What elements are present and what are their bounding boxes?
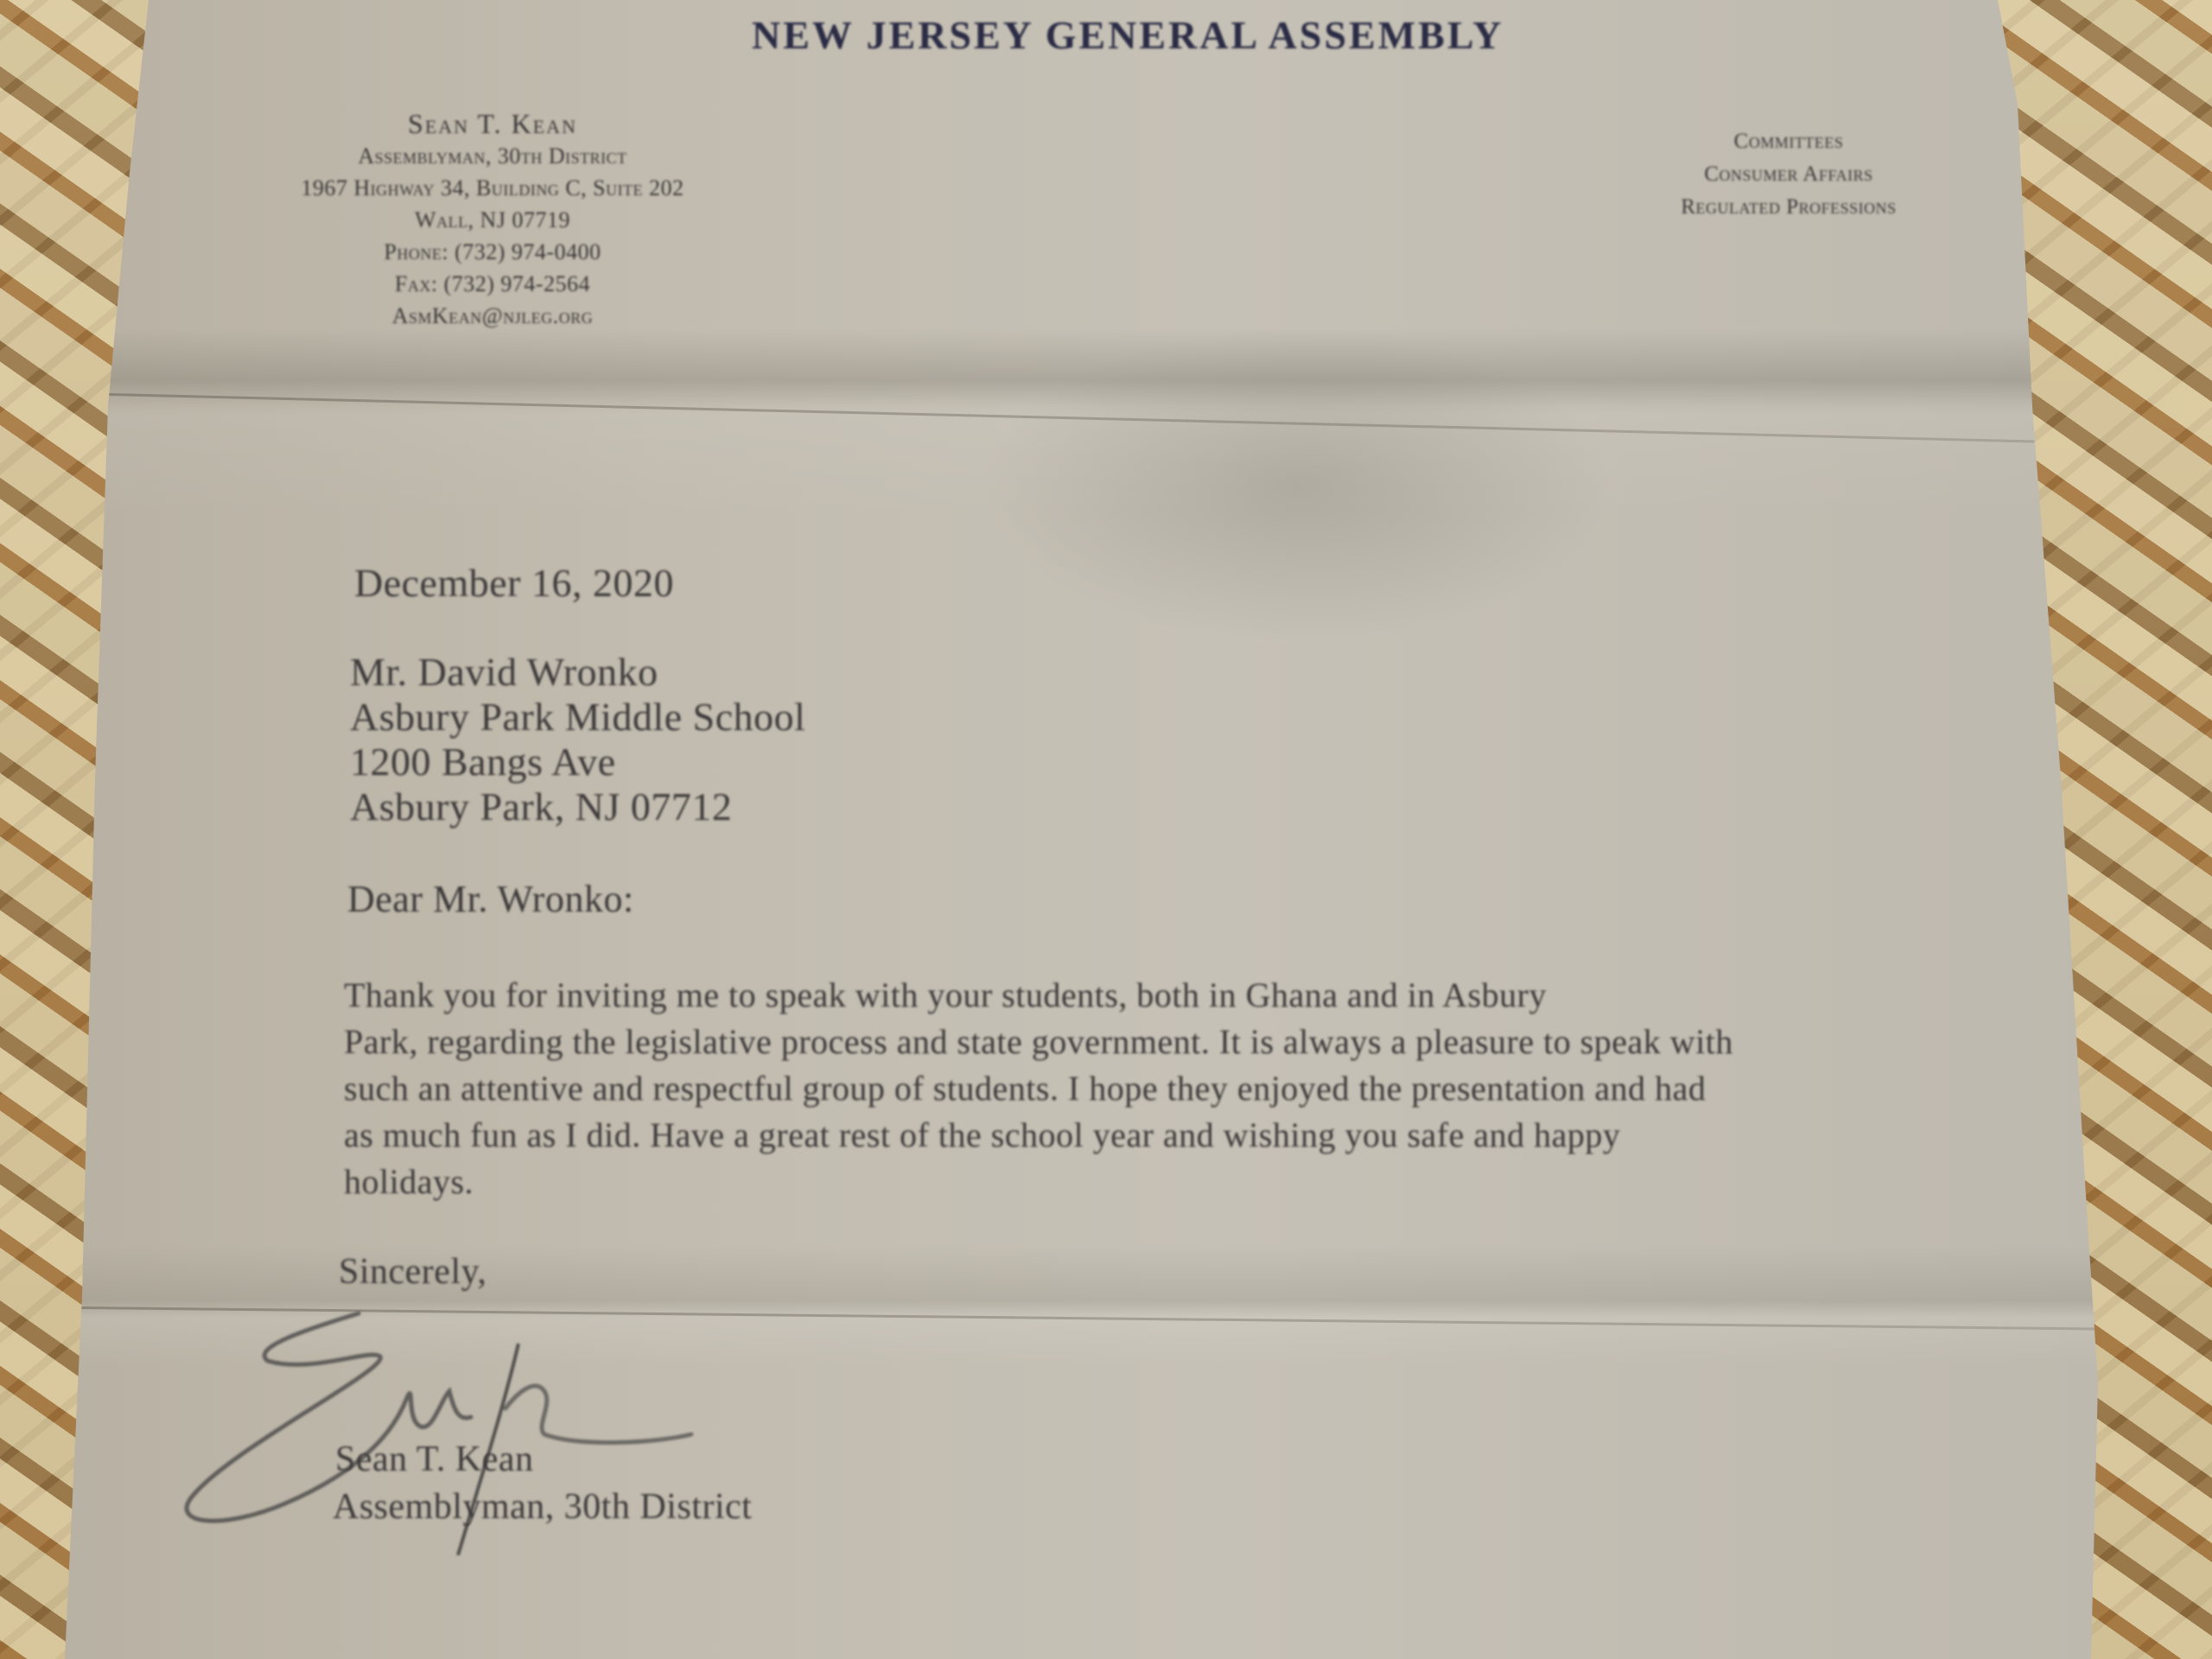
body-line: as much fun as I did. Have a great rest …	[344, 1112, 1899, 1159]
recipient-organization: Asbury Park Middle School	[350, 695, 805, 740]
body-line: such an attentive and respectful group o…	[344, 1065, 1899, 1112]
sender-phone: Phone: (732) 974-0400	[225, 236, 760, 268]
letterhead-title: NEW JERSEY GENERAL ASSEMBLY	[752, 12, 1504, 58]
committees-block: Committees Consumer Affairs Regulated Pr…	[1624, 125, 1953, 224]
salutation: Dear Mr. Wronko:	[347, 877, 634, 921]
letter-date: December 16, 2020	[354, 560, 674, 606]
sender-letterhead-block: Sean T. Kean Assemblyman, 30th District …	[225, 108, 760, 332]
committee-item: Regulated Professions	[1624, 191, 1953, 224]
letter-paper: NEW JERSEY GENERAL ASSEMBLY Sean T. Kean…	[0, 0, 2212, 1659]
sender-position: Assemblyman, 30th District	[225, 140, 760, 172]
sender-email: AsmKean@njleg.org	[225, 300, 760, 332]
signatory-name: Sean T. Kean	[335, 1439, 534, 1480]
body-line: Thank you for inviting me to speak with …	[344, 972, 1899, 1019]
body-line: holidays.	[344, 1159, 1899, 1205]
letter-body: Thank you for inviting me to speak with …	[344, 972, 1899, 1205]
sender-street: 1967 Highway 34, Building C, Suite 202	[225, 172, 760, 204]
recipient-street: 1200 Bangs Ave	[350, 740, 805, 785]
recipient-city: Asbury Park, NJ 07712	[350, 785, 805, 829]
sender-fax: Fax: (732) 974-2564	[225, 268, 760, 300]
committee-item: Consumer Affairs	[1624, 158, 1953, 191]
sender-name: Sean T. Kean	[225, 108, 760, 140]
body-line: Park, regarding the legislative process …	[344, 1019, 1899, 1065]
recipient-address: Mr. David Wronko Asbury Park Middle Scho…	[350, 650, 805, 829]
signatory-title: Assemblyman, 30th District	[333, 1486, 752, 1528]
committees-heading: Committees	[1624, 125, 1953, 158]
recipient-name: Mr. David Wronko	[350, 650, 805, 695]
upper-fold-crease	[108, 393, 2034, 442]
closing: Sincerely,	[339, 1251, 486, 1293]
sender-city: Wall, NJ 07719	[225, 204, 760, 236]
